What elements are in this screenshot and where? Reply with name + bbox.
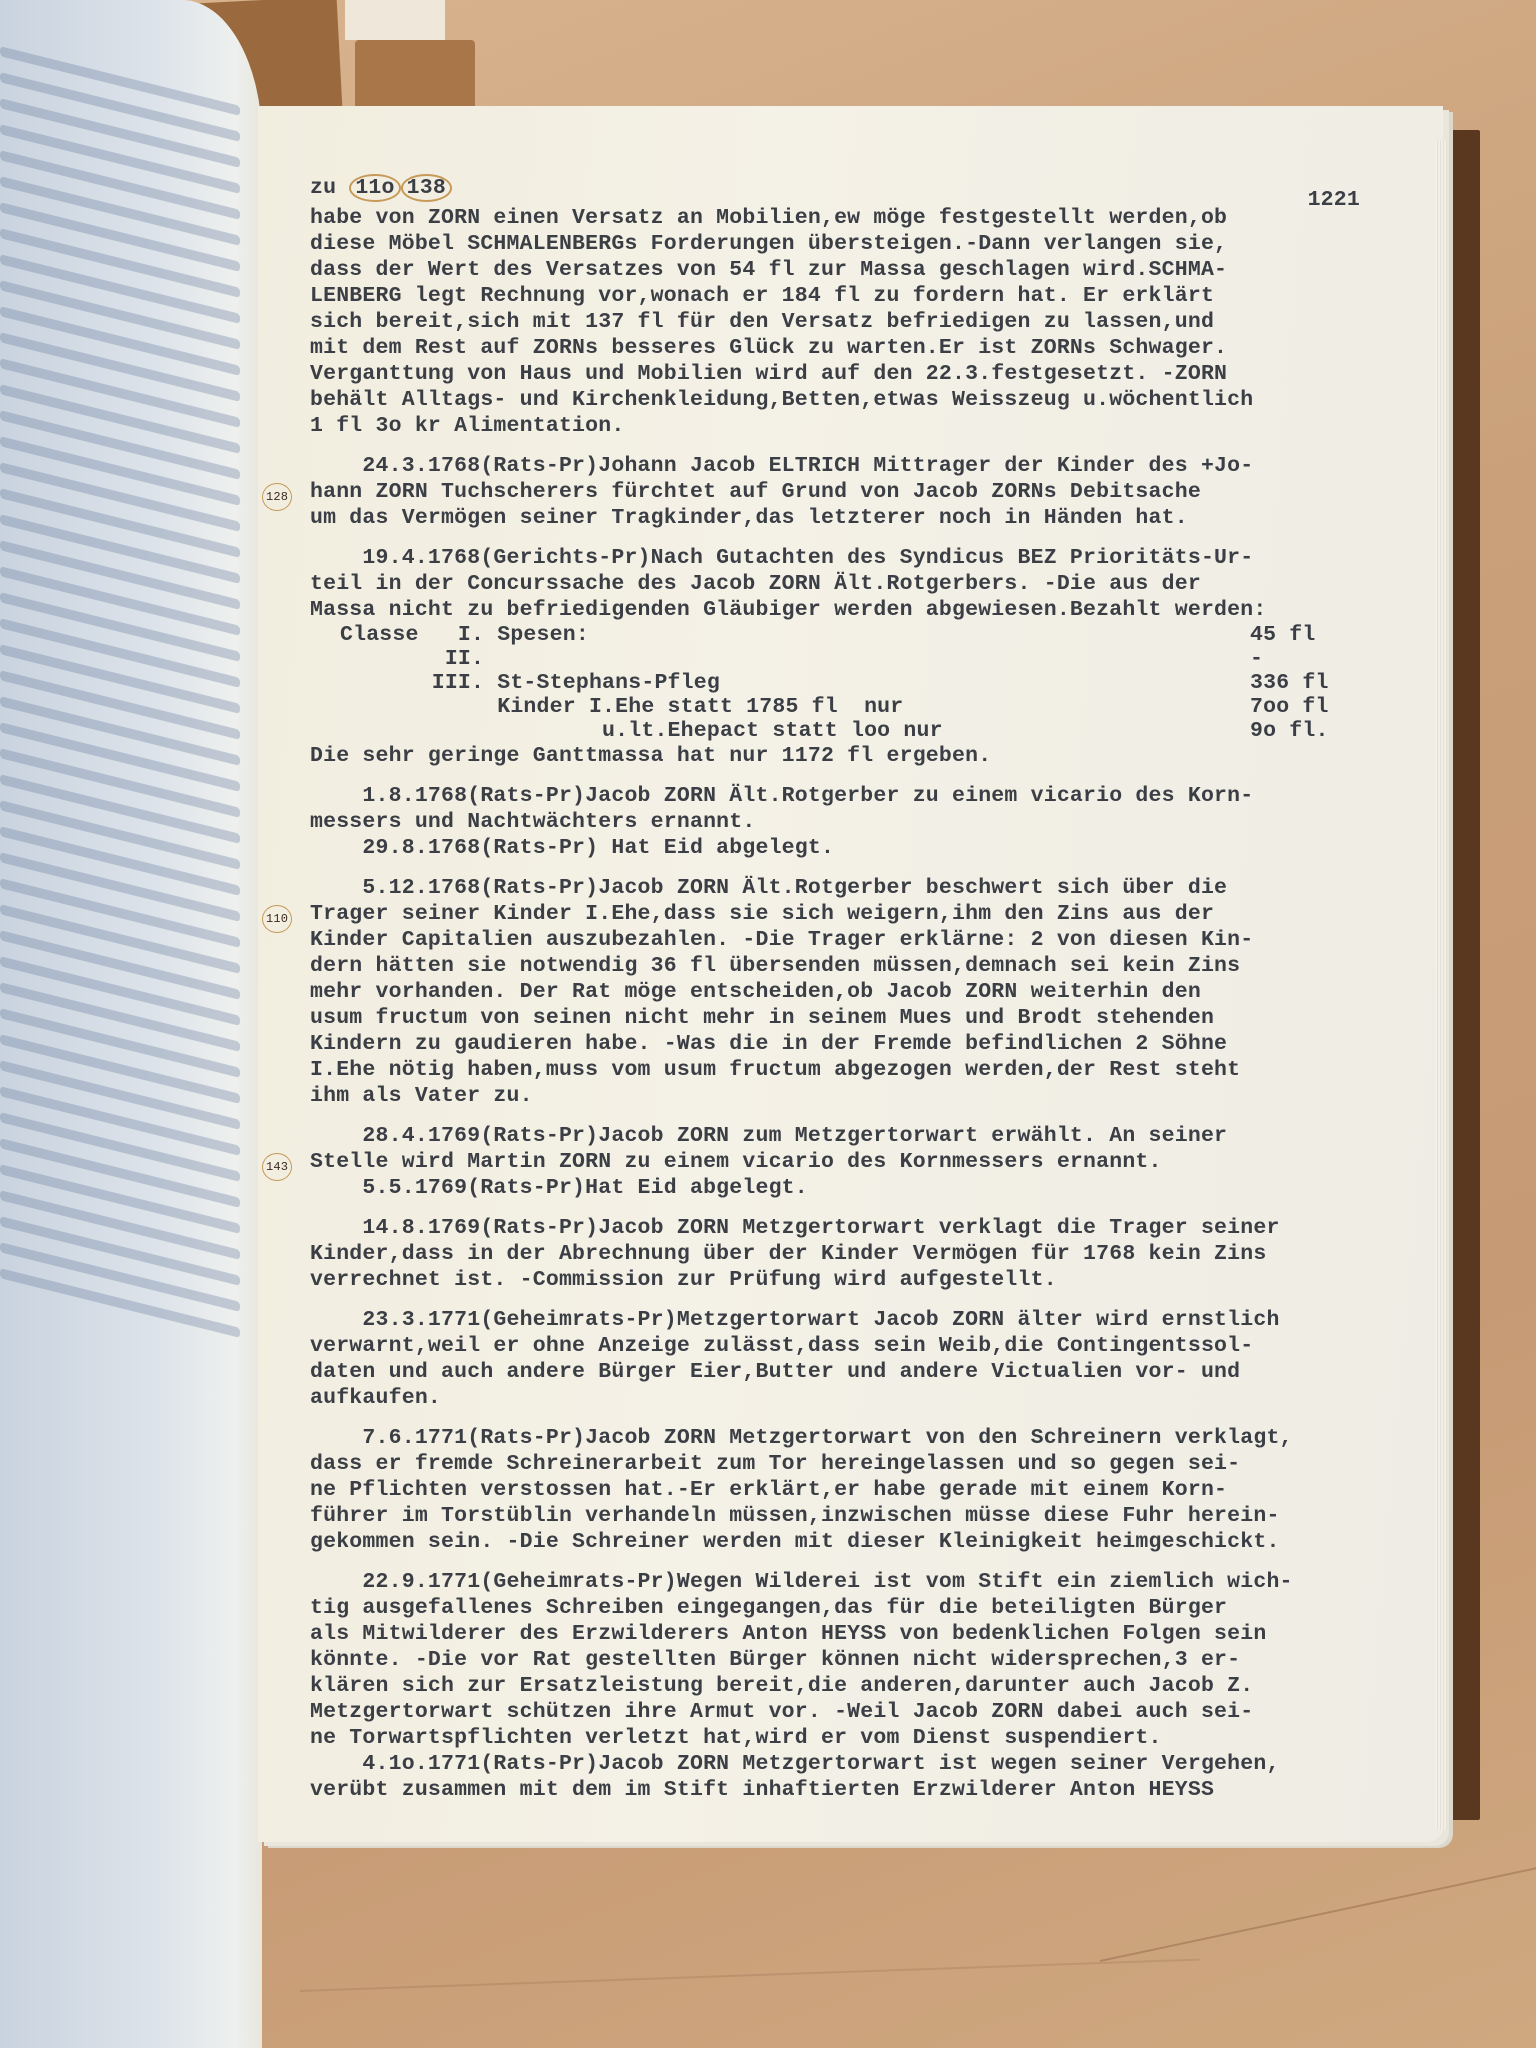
text-line: ne Pflichten verstossen hat.-Er erklärt,… <box>310 1477 1420 1503</box>
text-line: mehr vorhanden. Der Rat möge entscheiden… <box>310 979 1420 1005</box>
text-line: 1 fl 3o kr Alimentation. <box>310 413 1420 439</box>
text-line: LENBERG legt Rechnung vor,wonach er 184 … <box>310 283 1420 309</box>
page-edges <box>1435 140 1447 1830</box>
text-line: Kinder,dass in der Abrechnung über der K… <box>310 1241 1420 1267</box>
record-entry: 128 24.3.1768(Rats-Pr)Johann Jacob ELTRI… <box>310 453 1420 531</box>
text-line: könnte. -Die vor Rat gestellten Bürger k… <box>310 1647 1420 1673</box>
text-line: verrechnet ist. -Commission zur Prüfung … <box>310 1267 1420 1293</box>
record-entry: 14.8.1769(Rats-Pr)Jacob ZORN Metzgertorw… <box>310 1215 1420 1293</box>
text-line: Stelle wird Martin ZORN zu einem vicario… <box>310 1149 1420 1175</box>
margin-annotation: 143 <box>262 1153 292 1181</box>
record-entry: 1.8.1768(Rats-Pr)Jacob ZORN Ält.Rotgerbe… <box>310 783 1420 861</box>
reference-marker: zu 11o138 <box>310 175 452 201</box>
margin-annotation: 128 <box>262 483 292 511</box>
text-line: gekommen sein. -Die Schreiner werden mit… <box>310 1529 1420 1555</box>
record-entry: 7.6.1771(Rats-Pr)Jacob ZORN Metzgertorwa… <box>310 1425 1420 1555</box>
record-entry: 19.4.1768(Gerichts-Pr)Nach Gutachten des… <box>310 545 1420 769</box>
text-line: 28.4.1769(Rats-Pr)Jacob ZORN zum Metzger… <box>310 1123 1420 1149</box>
text-line: diese Möbel SCHMALENBERGs Forderungen üb… <box>310 231 1420 257</box>
floor-seam <box>300 1959 1200 1992</box>
text-line: ihm als Vater zu. <box>310 1083 1420 1109</box>
record-entry: 143 28.4.1769(Rats-Pr)Jacob ZORN zum Met… <box>310 1123 1420 1201</box>
paper-bookmark <box>345 0 445 40</box>
floor-seam <box>1100 1864 1536 1962</box>
text-line: 22.9.1771(Geheimrats-Pr)Wegen Wilderei i… <box>310 1569 1420 1595</box>
page-header: zu 11o138 1221 <box>310 175 1420 205</box>
continuation-paragraph: habe von ZORN einen Versatz an Mobilien,… <box>310 205 1420 439</box>
payout-row: Classe I. Spesen:45 fl <box>340 623 1340 647</box>
text-line: I.Ehe nötig haben,muss vom usum fructum … <box>310 1057 1420 1083</box>
text-line: daten und auch andere Bürger Eier,Butter… <box>310 1359 1420 1385</box>
text-line: Kindern zu gaudieren habe. -Was die in d… <box>310 1031 1420 1057</box>
text-line: tig ausgefallenes Schreiben eingegangen,… <box>310 1595 1420 1621</box>
reference-circled-1: 11o <box>349 174 400 202</box>
text-line: usum fructum von seinen nicht mehr in se… <box>310 1005 1420 1031</box>
text-line: dass der Wert des Versatzes von 54 fl zu… <box>310 257 1420 283</box>
text-line: Trager seiner Kinder I.Ehe,dass sie sich… <box>310 901 1420 927</box>
payout-label: Kinder I.Ehe statt 1785 fl nur <box>340 695 1250 719</box>
text-line: 1.8.1768(Rats-Pr)Jacob ZORN Ält.Rotgerbe… <box>310 783 1420 809</box>
payout-amount: - <box>1250 647 1340 671</box>
text-line: mit dem Rest auf ZORNs besseres Glück zu… <box>310 335 1420 361</box>
text-line: hann ZORN Tuchscherers fürchtet auf Grun… <box>310 479 1420 505</box>
text-line: habe von ZORN einen Versatz an Mobilien,… <box>310 205 1420 231</box>
payout-row: II.- <box>340 647 1340 671</box>
text-line: verwarnt,weil er ohne Anzeige zulässt,da… <box>310 1333 1420 1359</box>
payout-amount: 336 fl <box>1250 671 1340 695</box>
payout-label: Classe I. Spesen: <box>340 623 1250 647</box>
payout-label: u.lt.Ehepact statt loo nur <box>340 719 1250 743</box>
payout-amount: 45 fl <box>1250 623 1340 647</box>
text-line: sich bereit,sich mit 137 fl für den Vers… <box>310 309 1420 335</box>
payout-table: Classe I. Spesen:45 fl II.- III. St-Step… <box>340 623 1340 743</box>
text-line: 29.8.1768(Rats-Pr) Hat Eid abgelegt. <box>310 835 1420 861</box>
payout-row: III. St-Stephans-Pfleg336 fl <box>340 671 1340 695</box>
left-page-text-bleed <box>0 60 240 1324</box>
record-entry: 22.9.1771(Geheimrats-Pr)Wegen Wilderei i… <box>310 1569 1420 1803</box>
text-line: 5.12.1768(Rats-Pr)Jacob ZORN Ält.Rotgerb… <box>310 875 1420 901</box>
text-line: 7.6.1771(Rats-Pr)Jacob ZORN Metzgertorwa… <box>310 1425 1420 1451</box>
text-line: messers und Nachtwächters ernannt. <box>310 809 1420 835</box>
payout-label: III. St-Stephans-Pfleg <box>340 671 1250 695</box>
text-line: aufkaufen. <box>310 1385 1420 1411</box>
entries-list: 128 24.3.1768(Rats-Pr)Johann Jacob ELTRI… <box>310 453 1420 1803</box>
payout-amount: 7oo fl <box>1250 695 1340 719</box>
text-line: 4.1o.1771(Rats-Pr)Jacob ZORN Metzgertorw… <box>310 1751 1420 1777</box>
text-line: 24.3.1768(Rats-Pr)Johann Jacob ELTRICH M… <box>310 453 1420 479</box>
text-line: um das Vermögen seiner Tragkinder,das le… <box>310 505 1420 531</box>
left-page <box>0 0 262 2048</box>
paper-bookmark <box>355 40 475 110</box>
reference-circled-2: 138 <box>401 174 452 202</box>
text-line: Kinder Capitalien auszubezahlen. -Die Tr… <box>310 927 1420 953</box>
payout-row: Kinder I.Ehe statt 1785 fl nur7oo fl <box>340 695 1340 719</box>
reference-prefix: zu <box>310 176 336 200</box>
text-line: Massa nicht zu befriedigenden Gläubiger … <box>310 597 1420 623</box>
text-line: klären sich zur Ersatzleistung bereit,di… <box>310 1673 1420 1699</box>
text-line: behält Alltags- und Kirchenkleidung,Bett… <box>310 387 1420 413</box>
text-line: Verganttung von Haus und Mobilien wird a… <box>310 361 1420 387</box>
payout-label: II. <box>340 647 1250 671</box>
text-line: verübt zusammen mit dem im Stift inhafti… <box>310 1777 1420 1803</box>
margin-annotation: 110 <box>262 905 292 933</box>
text-line: führer im Torstüblin verhandeln müssen,i… <box>310 1503 1420 1529</box>
record-entry: 110 5.12.1768(Rats-Pr)Jacob ZORN Ält.Rot… <box>310 875 1420 1109</box>
payout-amount: 9o fl. <box>1250 719 1340 743</box>
text-line: 23.3.1771(Geheimrats-Pr)Metzgertorwart J… <box>310 1307 1420 1333</box>
text-line: Die sehr geringe Ganttmassa hat nur 1172… <box>310 743 1420 769</box>
record-entry: 23.3.1771(Geheimrats-Pr)Metzgertorwart J… <box>310 1307 1420 1411</box>
page-number: 1221 <box>1308 187 1360 213</box>
text-line: 14.8.1769(Rats-Pr)Jacob ZORN Metzgertorw… <box>310 1215 1420 1241</box>
text-line: 19.4.1768(Gerichts-Pr)Nach Gutachten des… <box>310 545 1420 571</box>
text-line: 5.5.1769(Rats-Pr)Hat Eid abgelegt. <box>310 1175 1420 1201</box>
text-line: dern hätten sie notwendig 36 fl übersend… <box>310 953 1420 979</box>
text-line: teil in der Concurssache des Jacob ZORN … <box>310 571 1420 597</box>
payout-row: u.lt.Ehepact statt loo nur9o fl. <box>340 719 1340 743</box>
page-text: zu 11o138 1221 habe von ZORN einen Versa… <box>310 175 1420 1803</box>
text-line: ne Torwartspflichten verletzt hat,wird e… <box>310 1725 1420 1751</box>
text-line: dass er fremde Schreinerarbeit zum Tor h… <box>310 1451 1420 1477</box>
text-line: als Mitwilderer des Erzwilderers Anton H… <box>310 1621 1420 1647</box>
text-line: Metzgertorwart schützen ihre Armut vor. … <box>310 1699 1420 1725</box>
